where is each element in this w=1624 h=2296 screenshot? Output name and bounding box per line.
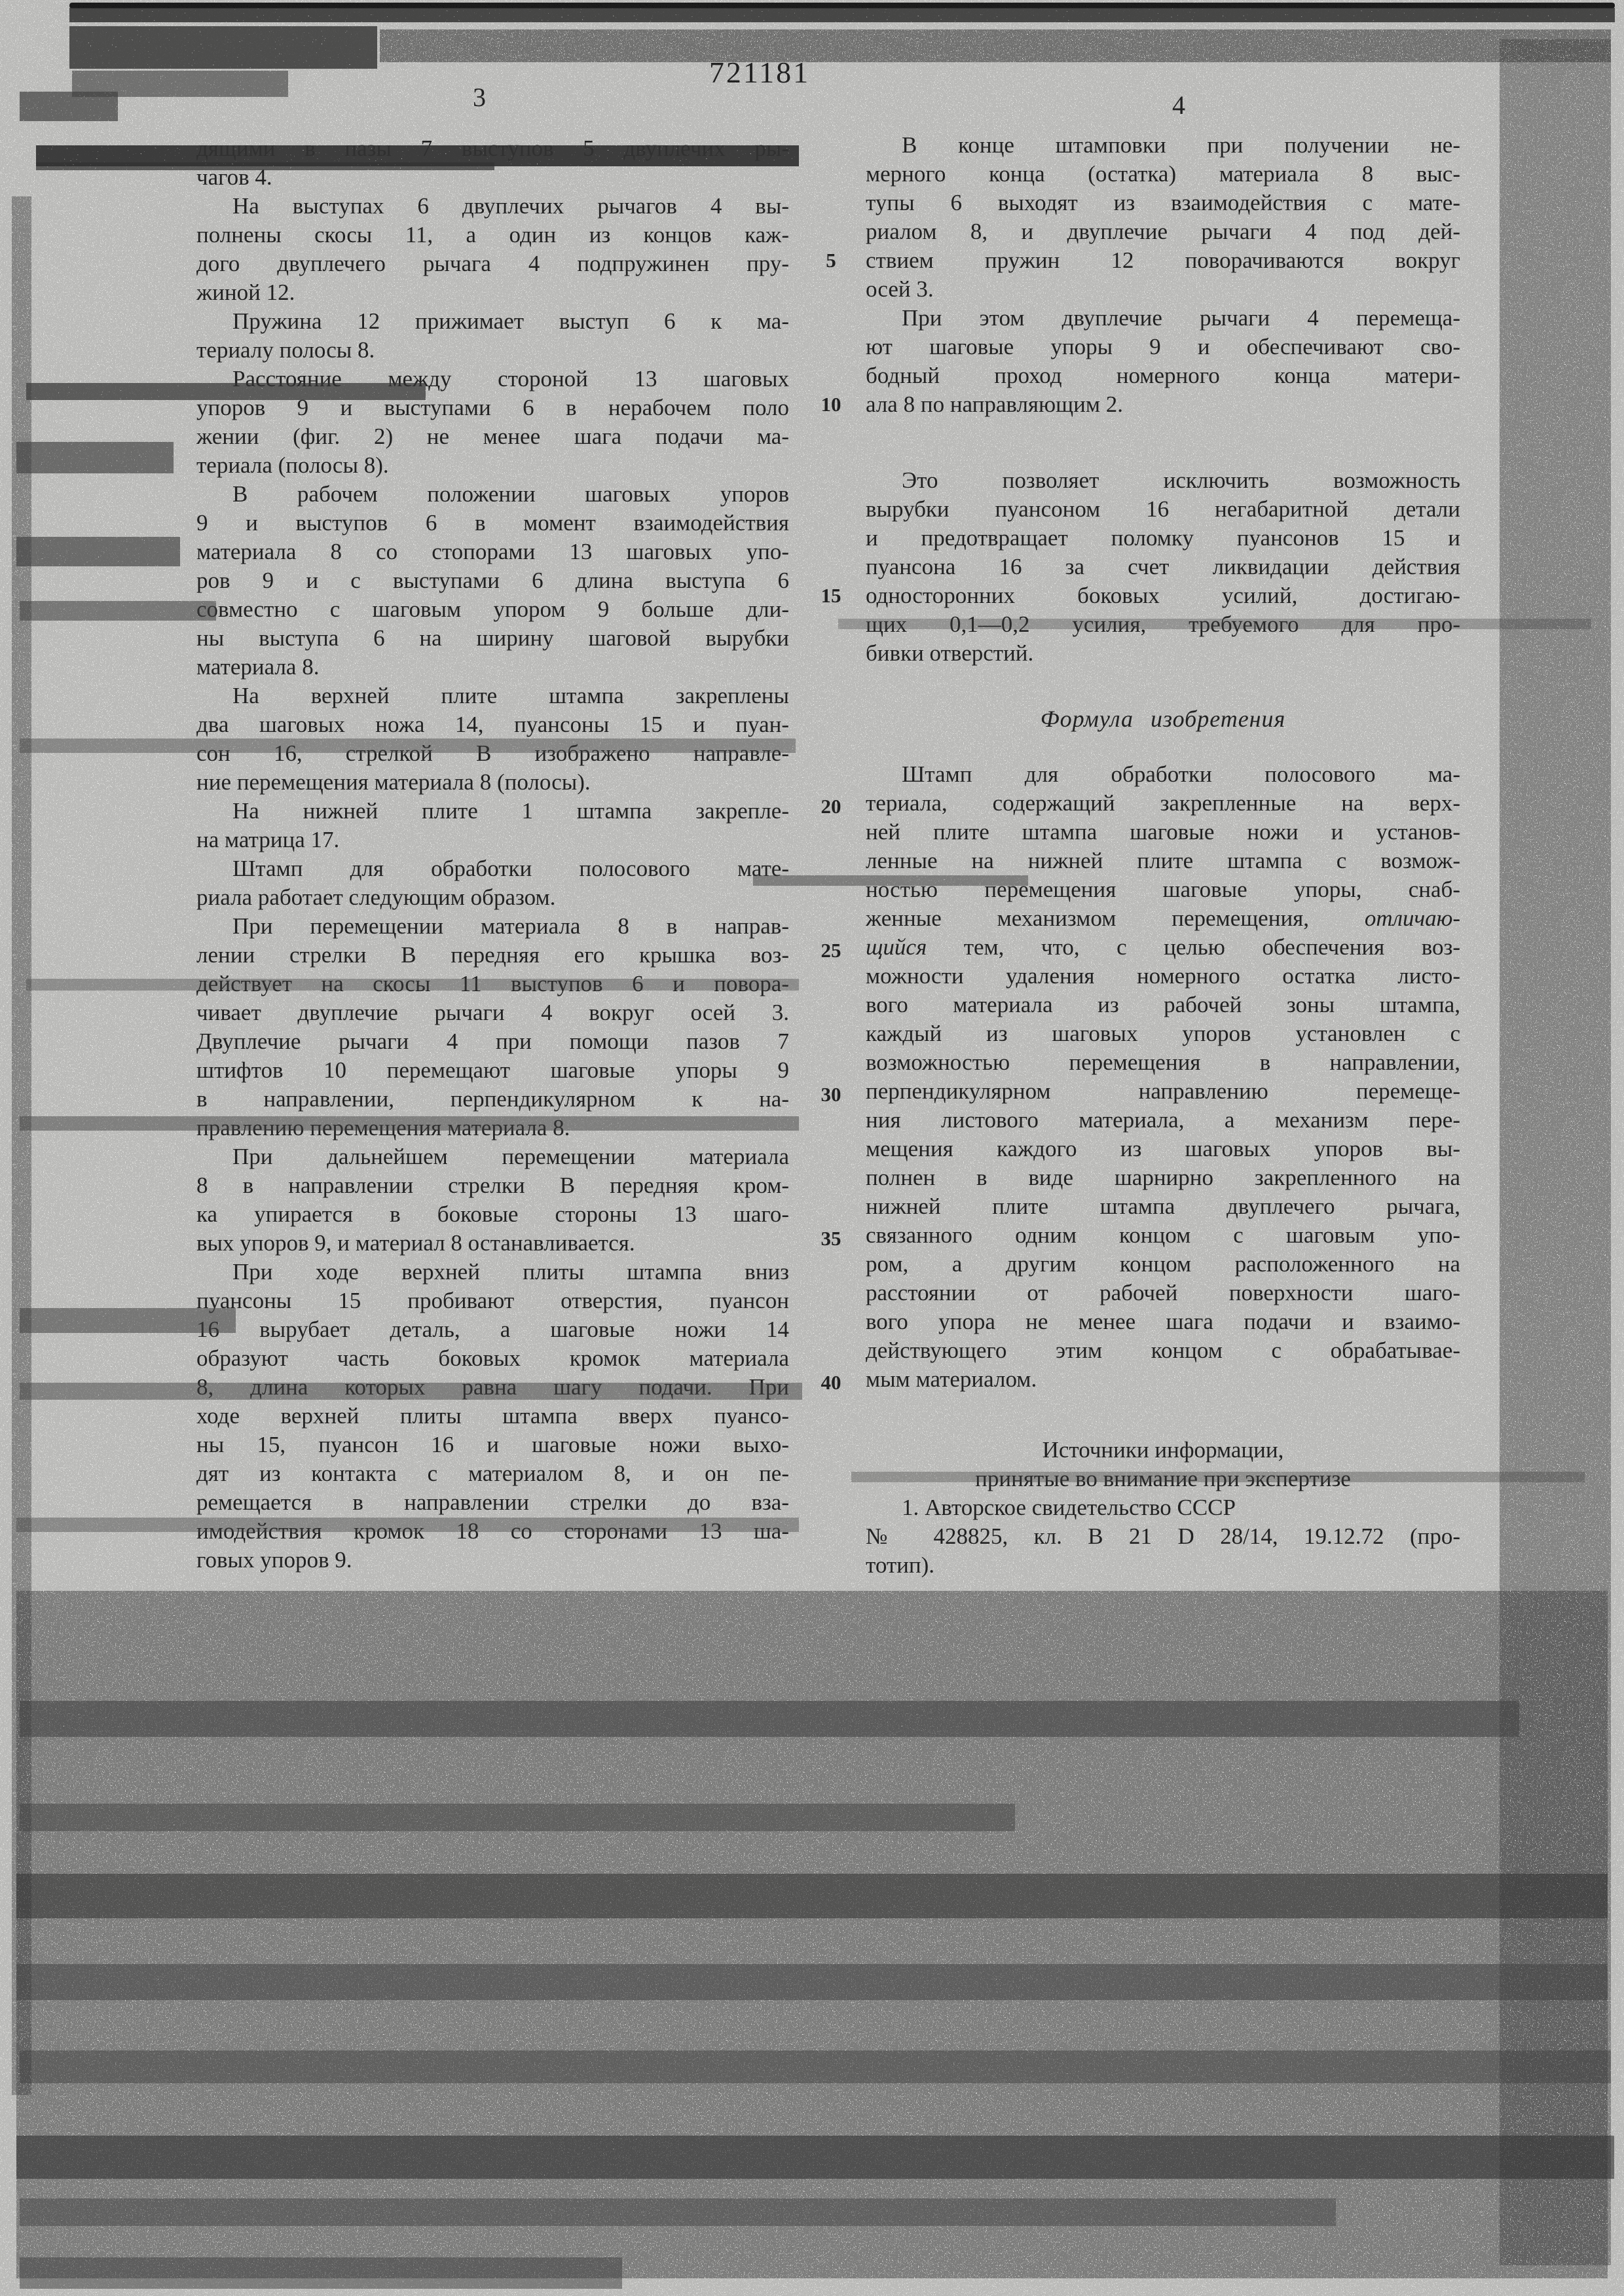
text-segment: женные механизмом перемещения, xyxy=(866,905,1365,931)
text-line: На нижней плите 1 штампа закрепле- xyxy=(196,797,789,826)
text-line: пуансоны 15 пробивают отверстия, пуансон xyxy=(196,1286,789,1315)
text-line: бивки отверстий. xyxy=(866,639,1460,668)
text-line: При ходе верхней плиты штампа вниз xyxy=(196,1258,789,1286)
text-line: ала 8 по направляющим 2. xyxy=(866,390,1460,419)
text-line: При этом двуплечие рычаги 4 перемеща- xyxy=(866,304,1460,333)
gutter-line-number: 20 xyxy=(808,792,854,821)
formula-heading: Формула изобретения xyxy=(866,704,1460,733)
column-number-right: 4 xyxy=(1172,90,1185,120)
text-line: ностью перемещения шаговые упоры, снаб- xyxy=(866,875,1460,904)
text-line: Штамп для обработки полосового ма- xyxy=(866,760,1460,789)
text-line: возможностью перемещения в направлении, xyxy=(866,1048,1460,1077)
text-line: териалу полосы 8. xyxy=(196,336,789,365)
right-column: В конце штамповки при получении не-мерно… xyxy=(866,131,1460,1580)
text-line: Пружина 12 прижимает выступ 6 к ма- xyxy=(196,307,789,336)
text-line: правлению перемещения материала 8. xyxy=(196,1114,789,1142)
text-line: можности удаления номерного остатка лист… xyxy=(866,962,1460,991)
text-line: Штамп для обработки полосового мате- xyxy=(196,854,789,883)
text-line: мерного конца (остатка) материала 8 выс- xyxy=(866,160,1460,189)
gutter-line-number: 35 xyxy=(808,1224,854,1253)
text-line: При перемещении материала 8 в направ- xyxy=(196,912,789,941)
text-line: дого двуплечего рычага 4 подпружинен пру… xyxy=(196,249,789,278)
text-line: жении (фиг. 2) не менее шага подачи ма- xyxy=(196,422,789,451)
text-line: На выступах 6 двуплечих рычагов 4 вы- xyxy=(196,192,789,221)
paragraph-block: Это позволяет исключить возможностьвыруб… xyxy=(866,466,1460,668)
text-line: бодный проход номерного конца матери- xyxy=(866,361,1460,390)
text-line: ров 9 и с выступами 6 длина выступа 6 xyxy=(196,566,789,595)
text-line: вого упора не менее шага подачи и взаимо… xyxy=(866,1307,1460,1336)
gutter-line-number: 30 xyxy=(808,1080,854,1109)
text-line: 1. Авторское свидетельство СССР xyxy=(866,1493,1460,1522)
text-line: мым материалом. xyxy=(866,1365,1460,1394)
text-line: действующего этим концом с обрабатывае- xyxy=(866,1336,1460,1365)
text-line: совместно с шаговым упором 9 больше дли- xyxy=(196,595,789,624)
patent-number: 721181 xyxy=(661,55,858,90)
text-line: полнены скосы 11, а один из концов каж- xyxy=(196,221,789,249)
text-line: При дальнейшем перемещении материала xyxy=(196,1142,789,1171)
text-line: вырубки пуансоном 16 негабаритной детали xyxy=(866,495,1460,524)
text-line: териала, содержащий закрепленные на верх… xyxy=(866,789,1460,818)
gutter-line-number: 5 xyxy=(808,246,854,275)
text-line: ны 15, пуансон 16 и шаговые ножи выхо- xyxy=(196,1430,789,1459)
text-line: Расстояние между стороной 13 шаговых xyxy=(196,365,789,393)
paragraph-block: Источники информации,принятые во внимани… xyxy=(866,1436,1460,1580)
text-line: ния листового материала, а механизм пере… xyxy=(866,1106,1460,1135)
gutter-line-number: 25 xyxy=(808,936,854,965)
text-line: дящими в пазы 7 выступов 5 двуплечих ры- xyxy=(196,134,789,163)
text-line: штифтов 10 перемещают шаговые упоры 9 xyxy=(196,1056,789,1085)
text-line: перпендикулярном направлению перемеще- xyxy=(866,1077,1460,1106)
text-line: Это позволяет исключить возможность xyxy=(866,466,1460,495)
text-segment: тем, что, с целью обеспечения воз- xyxy=(927,934,1460,960)
text-line: ром, а другим концом расположенного на xyxy=(866,1250,1460,1279)
text-line: териала (полосы 8). xyxy=(196,451,789,480)
text-line: образуют часть боковых кромок материала xyxy=(196,1344,789,1373)
text-line: и предотвращает поломку пуансонов 15 и xyxy=(866,524,1460,553)
text-line: щийся тем, что, с целью обеспечения воз- xyxy=(866,933,1460,962)
paragraph-block: В конце штамповки при получении не-мерно… xyxy=(866,131,1460,419)
text-line: пуансона 16 за счет ликвидации действия xyxy=(866,553,1460,581)
text-line: ние перемещения материала 8 (полосы). xyxy=(196,768,789,797)
text-line: чагов 4. xyxy=(196,163,789,192)
text-line: каждый из шаговых упоров установлен с xyxy=(866,1019,1460,1048)
text-line: полнен в виде шарнирно закрепленного на xyxy=(866,1163,1460,1192)
text-line: ней плите штампа шаговые ножи и установ- xyxy=(866,818,1460,847)
text-line: расстоянии от рабочей поверхности шаго- xyxy=(866,1279,1460,1307)
text-line: щих 0,1—0,2 усилия, требуемого для про- xyxy=(866,610,1460,639)
text-line: сон 16, стрелкой В изображено направле- xyxy=(196,739,789,768)
text-line: действует на скосы 11 выступов 6 и повор… xyxy=(196,970,789,998)
text-line: № 428825, кл. В 21 D 28/14, 19.12.72 (пр… xyxy=(866,1522,1460,1551)
paragraph-block: Штамп для обработки полосового ма-териал… xyxy=(866,760,1460,1394)
text-line: вых упоров 9, и материал 8 останавливает… xyxy=(196,1229,789,1258)
text-line: связанного одним концом с шаговым упо- xyxy=(866,1221,1460,1250)
text-line: В рабочем положении шаговых упоров xyxy=(196,480,789,509)
text-line: ленные на нижней плите штампа с возмож- xyxy=(866,847,1460,875)
gutter-line-number: 10 xyxy=(808,390,854,419)
text-line: жиной 12. xyxy=(196,278,789,307)
text-line: тотип). xyxy=(866,1551,1460,1580)
text-line: 16 вырубает деталь, а шаговые ножи 14 xyxy=(196,1315,789,1344)
text-line: упоров 9 и выступами 6 в нерабочем поло xyxy=(196,393,789,422)
text-line: Источники информации, xyxy=(866,1436,1460,1465)
text-line: ют шаговые упоры 9 и обеспечивают сво- xyxy=(866,333,1460,361)
italic-text: отличаю- xyxy=(1365,905,1460,931)
text-line: односторонних боковых усилий, достигаю- xyxy=(866,581,1460,610)
text-line: говых упоров 9. xyxy=(196,1546,789,1575)
text-line: На верхней плите штампа закреплены xyxy=(196,682,789,710)
text-line: два шаговых ножа 14, пуансоны 15 и пуан- xyxy=(196,710,789,739)
text-line: мещения каждого из шаговых упоров вы- xyxy=(866,1135,1460,1163)
text-line: тупы 6 выходят из взаимодействия с мате- xyxy=(866,189,1460,217)
italic-text: щийся xyxy=(866,934,927,960)
text-line: ремещается в направлении стрелки до вза- xyxy=(196,1488,789,1517)
text-line: имодействия кромок 18 со сторонами 13 ша… xyxy=(196,1517,789,1546)
text-line: на матрица 17. xyxy=(196,826,789,854)
text-line: 8, длина которых равна шагу подачи. При xyxy=(196,1373,789,1402)
text-line: ходе верхней плиты штампа вверх пуансо- xyxy=(196,1402,789,1430)
text-line: вого материала из рабочей зоны штампа, xyxy=(866,991,1460,1019)
gutter-line-number: 15 xyxy=(808,581,854,610)
text-line: нижней плите штампа двуплечего рычага, xyxy=(866,1192,1460,1221)
gutter-line-number: 40 xyxy=(808,1368,854,1397)
column-number-left: 3 xyxy=(473,82,486,113)
text-line: В конце штамповки при получении не- xyxy=(866,131,1460,160)
left-column: дящими в пазы 7 выступов 5 двуплечих ры-… xyxy=(196,134,789,1575)
text-line: ствием пружин 12 поворачиваются вокруг xyxy=(866,246,1460,275)
text-line: риала работает следующим образом. xyxy=(196,883,789,912)
scan-edge-bar xyxy=(69,3,1615,9)
text-line: риалом 8, и двуплечие рычаги 4 под дей- xyxy=(866,217,1460,246)
text-line: 9 и выступов 6 в момент взаимодействия xyxy=(196,509,789,538)
text-line: ка упирается в боковые стороны 13 шаго- xyxy=(196,1200,789,1229)
text-line: осей 3. xyxy=(866,275,1460,304)
text-line: материала 8 со стопорами 13 шаговых упо- xyxy=(196,538,789,566)
text-line: лении стрелки В передняя его крышка воз- xyxy=(196,941,789,970)
text-line: Двуплечие рычаги 4 при помощи пазов 7 xyxy=(196,1027,789,1056)
patent-document-page: 721181 3 4 дящими в пазы 7 выступов 5 дв… xyxy=(0,0,1624,2296)
text-line: женные механизмом перемещения, отличаю- xyxy=(866,904,1460,933)
text-line: чивает двуплечие рычаги 4 вокруг осей 3. xyxy=(196,998,789,1027)
text-line: принятые во внимание при экспертизе xyxy=(866,1465,1460,1493)
text-line: ны выступа 6 на ширину шаговой вырубки xyxy=(196,624,789,653)
text-line: дят из контакта с материалом 8, и он пе- xyxy=(196,1459,789,1488)
text-line: в направлении, перпендикулярном к на- xyxy=(196,1085,789,1114)
text-line: материала 8. xyxy=(196,653,789,682)
text-line: 8 в направлении стрелки В передняя кром- xyxy=(196,1171,789,1200)
